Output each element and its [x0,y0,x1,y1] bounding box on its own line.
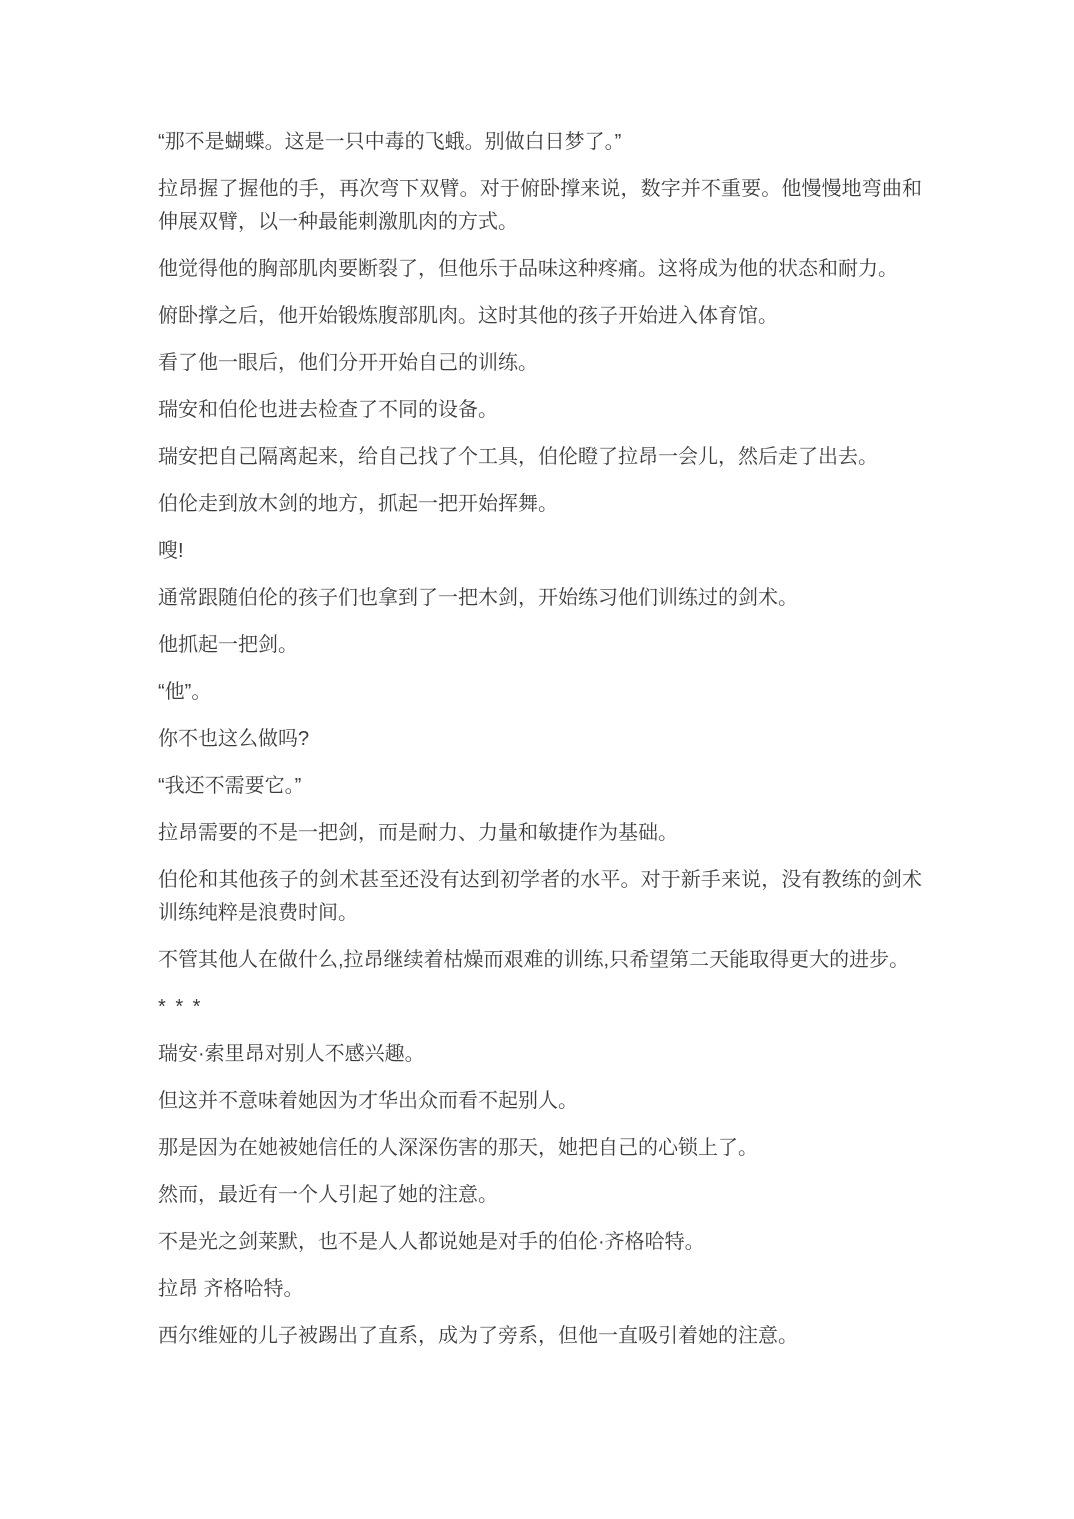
paragraph: 拉昂 齐格哈特。 [158,1273,922,1306]
paragraph: 然而，最近有一个人引起了她的注意。 [158,1179,922,1212]
document-page: “那不是蝴蝶。这是一只中毒的飞蛾。别做白日梦了。”拉昂握了握他的手，再次弯下双臂… [0,0,1074,1519]
paragraph: 瑞安·索里昂对别人不感兴趣。 [158,1038,922,1071]
paragraph: 西尔维娅的儿子被踢出了直系，成为了旁系，但他一直吸引着她的注意。 [158,1320,922,1353]
paragraph: 瑞安把自己隔离起来，给自己找了个工具，伯伦瞪了拉昂一会儿，然后走了出去。 [158,441,922,474]
paragraph: 拉昂握了握他的手，再次弯下双臂。对于俯卧撑来说，数字并不重要。他慢慢地弯曲和伸展… [158,173,922,239]
section-separator: * * * [158,991,922,1024]
paragraph: 不是光之剑莱默，也不是人人都说她是对手的伯伦·齐格哈特。 [158,1226,922,1259]
paragraph: 伯伦走到放木剑的地方，抓起一把开始挥舞。 [158,488,922,521]
paragraph: 伯伦和其他孩子的剑术甚至还没有达到初学者的水平。对于新手来说，没有教练的剑术训练… [158,864,922,930]
paragraph: 看了他一眼后，他们分开开始自己的训练。 [158,347,922,380]
paragraph: 不管其他人在做什么,拉昂继续着枯燥而艰难的训练,只希望第二天能取得更大的进步。 [158,944,922,977]
paragraph: 通常跟随伯伦的孩子们也拿到了一把木剑，开始练习他们训练过的剑术。 [158,582,922,615]
page-content: “那不是蝴蝶。这是一只中毒的飞蛾。别做白日梦了。”拉昂握了握他的手，再次弯下双臂… [158,126,922,1367]
paragraph: “他”。 [158,676,922,709]
paragraph: 他抓起一把剑。 [158,629,922,662]
paragraph: 他觉得他的胸部肌肉要断裂了，但他乐于品味这种疼痛。这将成为他的状态和耐力。 [158,253,922,286]
paragraph: 嗖! [158,535,922,568]
paragraph: 瑞安和伯伦也进去检查了不同的设备。 [158,394,922,427]
paragraph: 拉昂需要的不是一把剑，而是耐力、力量和敏捷作为基础。 [158,817,922,850]
paragraph: 俯卧撑之后，他开始锻炼腹部肌肉。这时其他的孩子开始进入体育馆。 [158,300,922,333]
paragraph: “那不是蝴蝶。这是一只中毒的飞蛾。别做白日梦了。” [158,126,922,159]
paragraph: 你不也这么做吗? [158,723,922,756]
paragraph: 那是因为在她被她信任的人深深伤害的那天，她把自己的心锁上了。 [158,1132,922,1165]
paragraph: 但这并不意味着她因为才华出众而看不起别人。 [158,1085,922,1118]
paragraph: “我还不需要它。” [158,770,922,803]
